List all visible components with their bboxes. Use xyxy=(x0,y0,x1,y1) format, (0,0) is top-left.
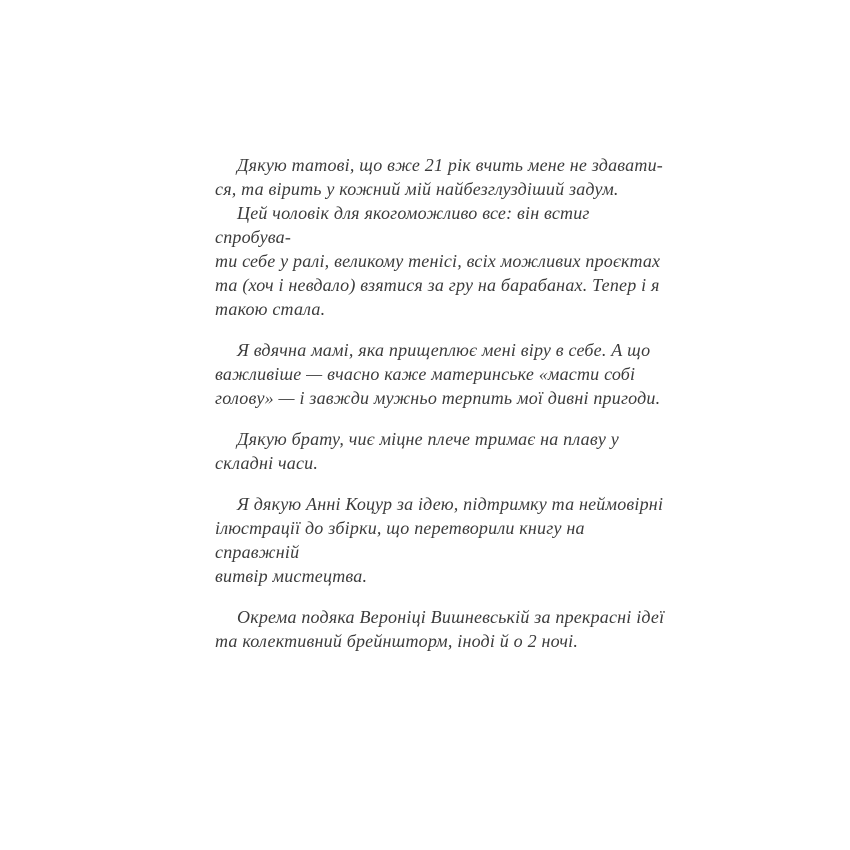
paragraph-thanks-father: Дякую татові, що вже 21 рік вчить мене н… xyxy=(215,153,665,201)
paragraph-thanks-brother: Дякую брату, чиє міцне плече тримає на п… xyxy=(215,427,665,475)
paragraph-thanks-mother: Я вдячна мамі, яка прищеплює мені віру в… xyxy=(215,338,665,410)
acknowledgments-text: Дякую татові, що вже 21 рік вчить мене н… xyxy=(215,153,665,653)
paragraph-thanks-anna-kotsur: Я дякую Анні Коцур за ідею, підтримку та… xyxy=(215,492,665,588)
paragraph-thanks-veronika-vyshnevska: Окрема подяка Вероніці Вишневській за пр… xyxy=(215,605,665,653)
paragraph-about-father: Цей чоловік для якогоможливо все: він вс… xyxy=(215,201,665,321)
book-page: Дякую татові, що вже 21 рік вчить мене н… xyxy=(0,0,850,850)
